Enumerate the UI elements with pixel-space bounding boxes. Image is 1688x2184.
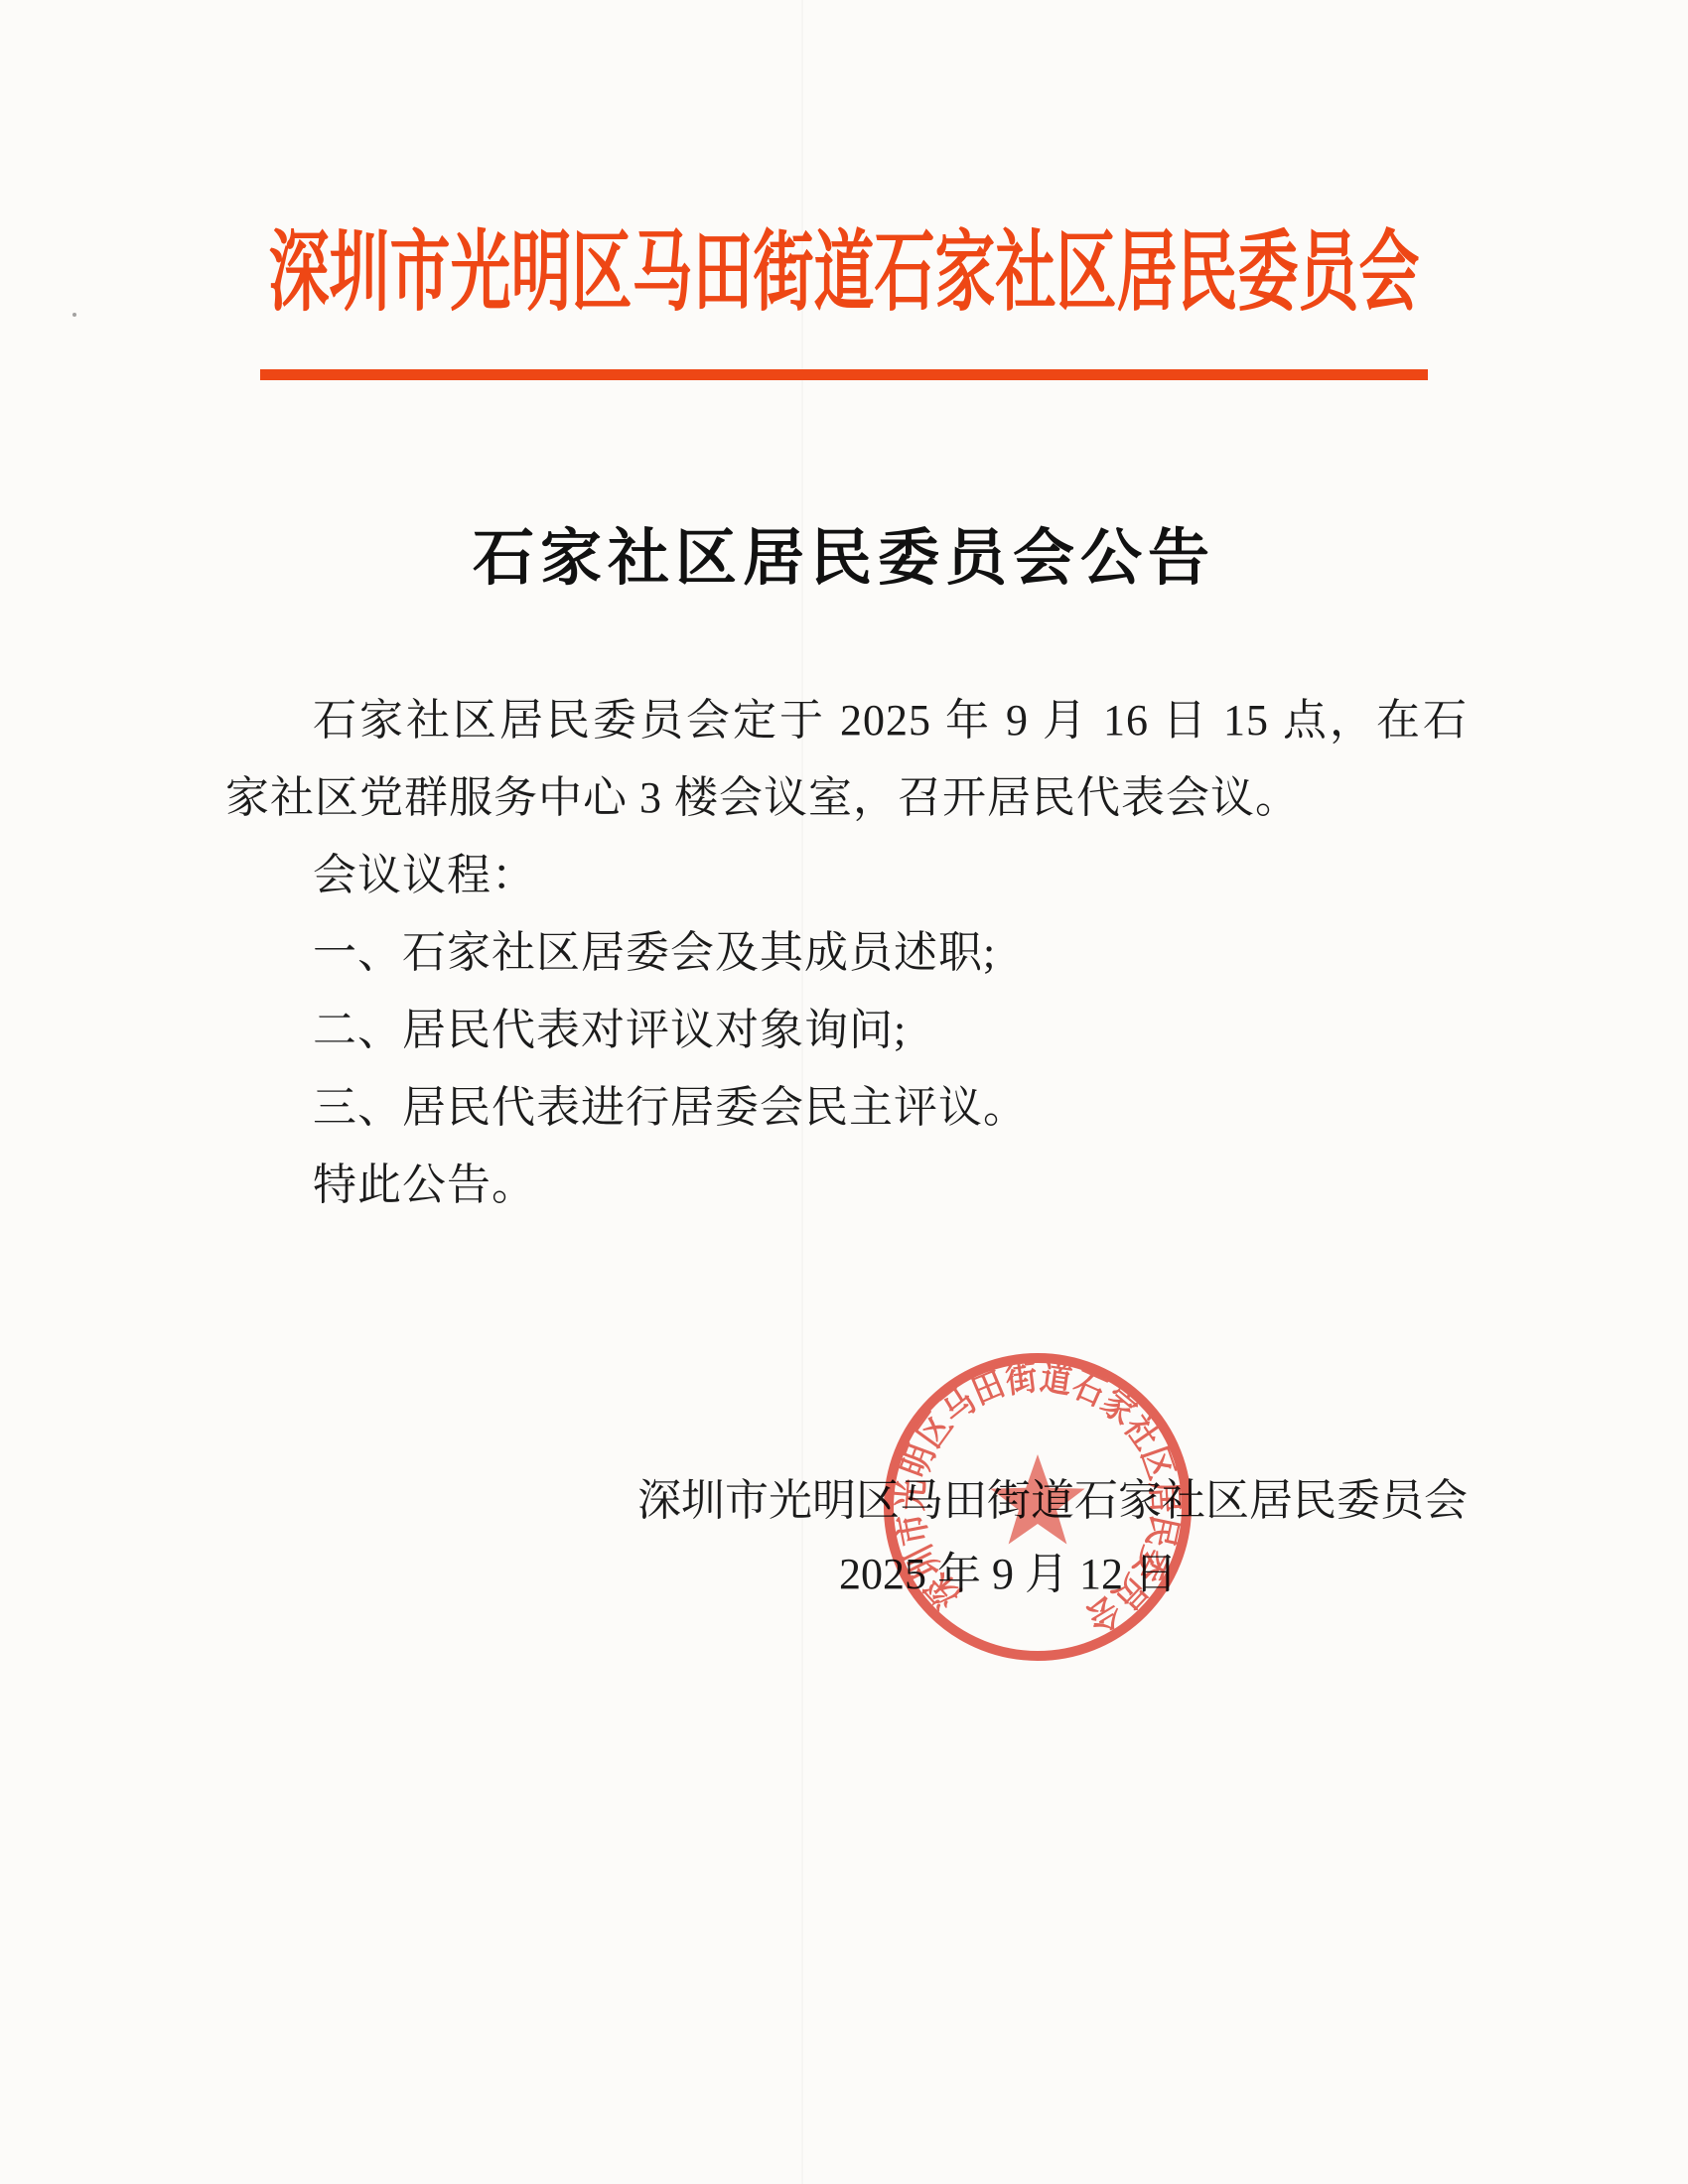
body-line-agenda-heading: 会议议程： — [225, 837, 1468, 914]
letterhead-org-title: 深圳市光明区马田街道石家社区居民委员会 — [0, 230, 1688, 318]
signature-org: 深圳市光明区马田街道石家社区居民委员会 — [225, 1473, 1468, 1529]
letterhead-divider-rule — [260, 369, 1428, 380]
body-line-closing: 特此公告。 — [225, 1147, 1468, 1224]
notice-body: 石家社区居民委员会定于 2025 年 9 月 16 日 15 点，在石 家社区党… — [225, 682, 1468, 1224]
document-page: 深圳市光明区马田街道石家社区居民委员会 石家社区居民委员会公告 石家社区居民委员… — [0, 0, 1688, 2184]
body-line-1: 石家社区居民委员会定于 2025 年 9 月 16 日 15 点，在石 — [225, 682, 1468, 759]
agenda-item-3: 三、居民代表进行居委会民主评议。 — [225, 1069, 1468, 1147]
signature-date: 2025 年 9 月 12 日 — [225, 1547, 1178, 1602]
body-line-2: 家社区党群服务中心 3 楼会议室，召开居民代表会议。 — [225, 759, 1468, 837]
agenda-item-1: 一、石家社区居委会及其成员述职; — [225, 914, 1468, 992]
agenda-item-2: 二、居民代表对评议对象询问; — [225, 992, 1468, 1069]
notice-title: 石家社区居民委员会公告 — [0, 528, 1688, 590]
